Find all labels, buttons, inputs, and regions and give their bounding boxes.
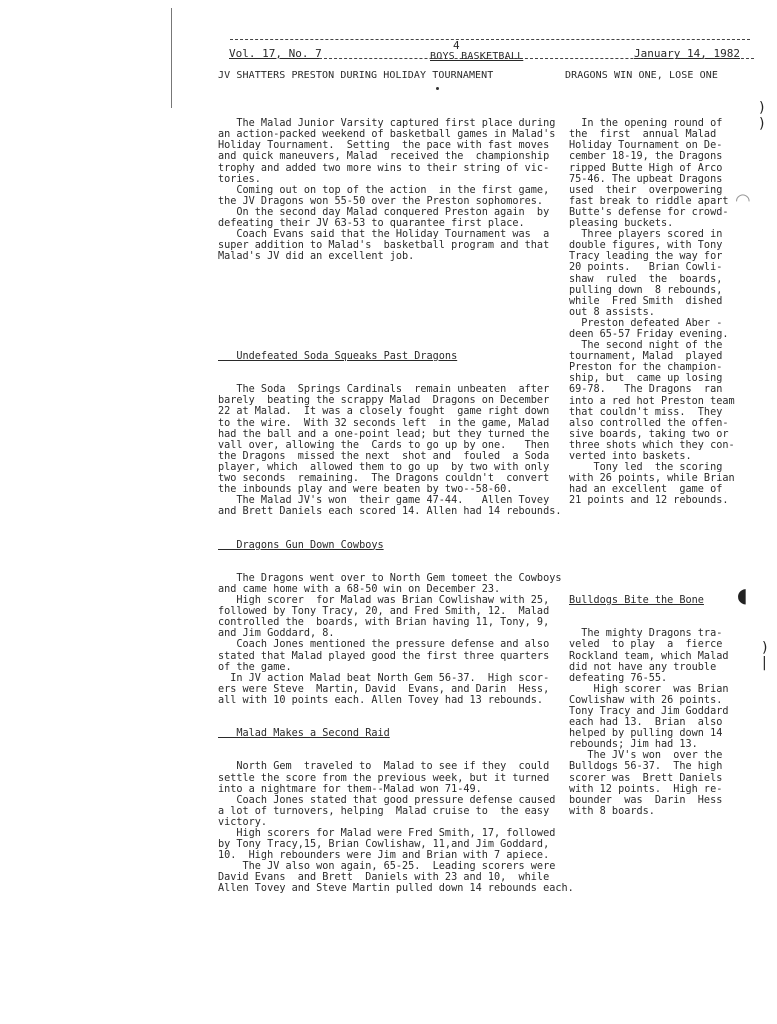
raid-subheading: Malad Makes a Second Raid <box>218 728 553 739</box>
text-line: the first annual Malad <box>569 129 729 140</box>
jv-article-body: The Malad Junior Varsity captured first … <box>218 118 553 262</box>
text-line: 69-78. The Dragons ran <box>569 384 729 395</box>
text-line: with 12 points. High re- <box>569 784 729 795</box>
text-line: 21 points and 12 rebounds. <box>569 495 729 506</box>
text-line: Holiday Tournament. Setting the pace wit… <box>218 140 553 151</box>
text-line: The JV's won over the <box>569 750 729 761</box>
text-line: 75-46. The upbeat Dragons <box>569 174 729 185</box>
text-line: High scorer was Brian <box>569 684 729 695</box>
text-line: Tony led the scoring <box>569 462 729 473</box>
text-line: a lot of turnovers, helping Malad cruise… <box>218 806 553 817</box>
text-line: 10. High rebounders were Jim and Brian w… <box>218 850 553 861</box>
text-line: and Brett Daniels each scored 14. Allen … <box>218 506 553 517</box>
text-line: shaw ruled the boards, <box>569 274 729 285</box>
text-line: Preston for the champion- <box>569 362 729 373</box>
text-line: defeating 76-55. <box>569 673 729 684</box>
margin-bracket-mark: ) <box>762 640 767 656</box>
text-line: the Dragons missed the next shot and fou… <box>218 451 553 462</box>
text-line: into a nightmare for them--Malad won 71-… <box>218 784 553 795</box>
text-line: The Malad Junior Varsity captured first … <box>218 118 553 129</box>
margin-bracket-mark: | <box>762 655 767 671</box>
text-line: Holiday Tournament on De- <box>569 140 729 151</box>
text-line: two seconds remaining. The Dragons could… <box>218 473 553 484</box>
right-column: In the opening round ofthe first annual … <box>569 96 729 839</box>
text-line: The JV also won again, 65-25. Leading sc… <box>218 861 553 872</box>
text-line: pleasing buckets. <box>569 218 729 229</box>
text-line: all with 10 points each. Allen Tovey had… <box>218 695 553 706</box>
text-line: and came home with a 68-50 win on Decemb… <box>218 584 553 595</box>
text-line: and Jim Goddard, 8. <box>218 628 553 639</box>
text-line: Bulldogs 56-37. The high <box>569 761 729 772</box>
text-line: The Malad JV's won their game 47-44. All… <box>218 495 553 506</box>
text-line: by Tony Tracy,15, Brian Cowlishaw, 11,an… <box>218 839 553 850</box>
text-line: Three players scored in <box>569 229 729 240</box>
dragons-article-body: In the opening round ofthe first annual … <box>569 118 729 506</box>
text-line: sive boards, taking two or <box>569 429 729 440</box>
text-line: In JV action Malad beat North Gem 56-37.… <box>218 673 553 684</box>
text-line: helped by pulling down 14 <box>569 728 729 739</box>
text-line: bounder was Darin Hess <box>569 795 729 806</box>
text-line: victory. <box>218 817 553 828</box>
text-line: double figures, with Tony <box>569 240 729 251</box>
bulldogs-article-body: The mighty Dragons tra-veled to play a f… <box>569 628 729 817</box>
text-line: settle the score from the previous week,… <box>218 773 553 784</box>
text-line: 22 at Malad. It was a closely fought gam… <box>218 406 553 417</box>
soda-article-body: The Soda Springs Cardinals remain unbeat… <box>218 384 553 517</box>
text-line: tournament, Malad played <box>569 351 729 362</box>
newsletter-page: Vol. 17, No. 7 4 BOYS BASKETBALL January… <box>0 0 777 1024</box>
text-line: trophy and added two more wins to their … <box>218 163 553 174</box>
text-line: Preston defeated Aber - <box>569 318 729 329</box>
text-line: Malad's JV did an excellent job. <box>218 251 553 262</box>
text-line: stated that Malad played good the first … <box>218 651 553 662</box>
raid-article-body: North Gem traveled to Malad to see if th… <box>218 761 553 894</box>
bulldogs-subheading: Bulldogs Bite the Bone <box>569 595 729 606</box>
text-line: The second night of the <box>569 340 729 351</box>
text-line: of the game. <box>218 662 553 673</box>
text-line: David Evans and Brett Daniels with 23 an… <box>218 872 553 883</box>
text-line: used their overpowering <box>569 185 729 196</box>
text-line: Coach Evans said that the Holiday Tourna… <box>218 229 553 240</box>
text-line: player, which allowed them to go up by t… <box>218 462 553 473</box>
text-line: Coming out on top of the action in the f… <box>218 185 553 196</box>
text-line: scorer was Brett Daniels <box>569 773 729 784</box>
text-line: three shots which they con- <box>569 440 729 451</box>
text-line: tories. <box>218 174 553 185</box>
text-line: also controlled the offen- <box>569 418 729 429</box>
text-line: Allen Tovey and Steve Martin pulled down… <box>218 883 553 894</box>
text-line: each had 13. Brian also <box>569 717 729 728</box>
text-line: super addition to Malad's basketball pro… <box>218 240 553 251</box>
text-line: vall over, allowing the Cards to go up b… <box>218 440 553 451</box>
page-header: Vol. 17, No. 7 4 BOYS BASKETBALL January… <box>229 45 754 61</box>
text-line: the JV Dragons won 55-50 over the Presto… <box>218 196 553 207</box>
text-line: cember 18-19, the Dragons <box>569 151 729 162</box>
text-line: ship, but came up losing <box>569 373 729 384</box>
text-line: ers were Steve Martin, David Evans, and … <box>218 684 553 695</box>
text-line: had the ball and a one-point lead; but t… <box>218 429 553 440</box>
text-line: North Gem traveled to Malad to see if th… <box>218 761 553 772</box>
text-line: Rockland team, which Malad <box>569 651 729 662</box>
text-line: Coach Jones stated that good pressure de… <box>218 795 553 806</box>
text-line: barely beating the scrappy Malad Dragons… <box>218 395 553 406</box>
text-line: and quick maneuvers, Malad received the … <box>218 151 553 162</box>
left-article-headline: JV SHATTERS PRESTON DURING HOLIDAY TOURN… <box>218 70 493 81</box>
text-line: Coach Jones mentioned the pressure defen… <box>218 639 553 650</box>
text-line: pulling down 8 rebounds, <box>569 285 729 296</box>
text-line: out 8 assists. <box>569 307 729 318</box>
text-line: Tony Tracy and Jim Goddard <box>569 706 729 717</box>
text-line: the inbounds play and were beaten by two… <box>218 484 553 495</box>
text-line: controlled the boards, with Brian having… <box>218 617 553 628</box>
text-line: did not have any trouble <box>569 662 729 673</box>
left-column: The Malad Junior Varsity captured first … <box>218 96 553 917</box>
text-line: ripped Butte High of Arco <box>569 163 729 174</box>
text-line: High scorers for Malad were Fred Smith, … <box>218 828 553 839</box>
soda-subheading: Undefeated Soda Squeaks Past Dragons <box>218 351 553 362</box>
margin-bracket-mark: ) <box>759 116 764 132</box>
section-title: BOYS BASKETBALL <box>430 51 523 62</box>
text-line: fast break to riddle apart <box>569 196 729 207</box>
binding-margin-line <box>171 8 172 108</box>
text-line: while Fred Smith dished <box>569 296 729 307</box>
text-line: an action-packed weekend of basketball g… <box>218 129 553 140</box>
text-line: 20 points. Brian Cowli- <box>569 262 729 273</box>
text-line: Butte's defense for crowd- <box>569 207 729 218</box>
margin-bracket-mark: ) <box>759 100 764 116</box>
text-line: into a red hot Preston team <box>569 396 729 407</box>
text-line: followed by Tony Tracy, 20, and Fred Smi… <box>218 606 553 617</box>
text-line: Tracy leading the way for <box>569 251 729 262</box>
cowboys-subheading: Dragons Gun Down Cowboys <box>218 540 553 551</box>
text-line: Cowlishaw with 26 points. <box>569 695 729 706</box>
punch-hole-mark: ◠ <box>735 190 751 211</box>
text-line: veled to play a fierce <box>569 639 729 650</box>
text-line: The Dragons went over to North Gem tomee… <box>218 573 553 584</box>
issue-date: January 14, 1982 <box>634 47 740 60</box>
text-line: On the second day Malad conquered Presto… <box>218 207 553 218</box>
text-line: with 26 points, while Brian <box>569 473 729 484</box>
ink-speck <box>436 87 439 90</box>
volume-issue: Vol. 17, No. 7 <box>229 47 322 60</box>
text-line: had an excellent game of <box>569 484 729 495</box>
text-line: deen 65-57 Friday evening. <box>569 329 729 340</box>
text-line: to the wire. With 32 seconds left in the… <box>218 418 553 429</box>
right-article-headline: DRAGONS WIN ONE, LOSE ONE <box>565 70 718 81</box>
text-line: High scorer for Malad was Brian Cowlisha… <box>218 595 553 606</box>
text-line: with 8 boards. <box>569 806 729 817</box>
text-line: verted into baskets. <box>569 451 729 462</box>
text-line: The Soda Springs Cardinals remain unbeat… <box>218 384 553 395</box>
text-line: rebounds; Jim had 13. <box>569 739 729 750</box>
text-line: that couldn't miss. They <box>569 407 729 418</box>
cowboys-article-body: The Dragons went over to North Gem tomee… <box>218 573 553 706</box>
top-dashed-rule <box>230 39 750 40</box>
punch-hole-mark: ◖ <box>737 583 748 607</box>
text-line: defeating their JV 63-53 to quarantee fi… <box>218 218 553 229</box>
text-line: In the opening round of <box>569 118 729 129</box>
text-line: The mighty Dragons tra- <box>569 628 729 639</box>
